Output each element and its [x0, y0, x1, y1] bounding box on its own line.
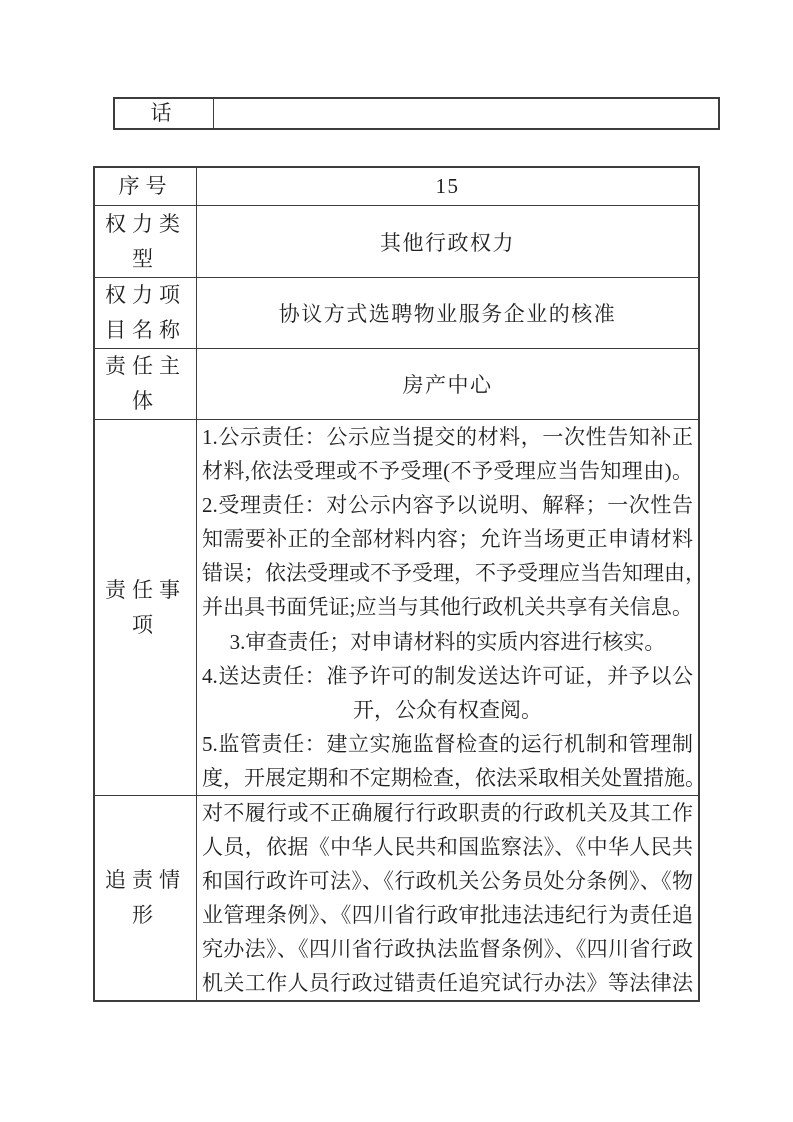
- serial-number-value: 15: [197, 168, 698, 205]
- duty-line: 3.审查责任；对申请材料的实质内容进行核实。: [202, 625, 693, 659]
- duty-line: 1.公示责任：公示应当提交的材料，一次性告知补正: [202, 420, 693, 454]
- serial-number-label-cell: 序号: [95, 168, 197, 205]
- accountability-line: 对不履行或不正确履行行政职责的行政机关及其工作: [202, 796, 693, 830]
- duty-items-label: 责任事项: [103, 573, 189, 643]
- phone-label-cell: 话: [115, 99, 214, 128]
- power-item-name-value: 协议方式选聘物业服务企业的核准: [197, 278, 698, 348]
- row-power-type: 权力类型 其他行政权力: [95, 206, 698, 278]
- phone-label: 话: [121, 96, 207, 131]
- accountability-line: 机关工作人员行政过错责任追究试行办法》等法律法: [202, 966, 693, 1000]
- power-item-name-label-cell: 权力项目名称: [95, 278, 197, 348]
- duty-line: 并出具书面凭证;应当与其他行政机关共享有关信息。: [202, 590, 693, 624]
- serial-number-label: 序号: [103, 169, 189, 204]
- power-type-label: 权力类型: [103, 207, 189, 277]
- responsible-body-value: 房产中心: [197, 349, 698, 419]
- duty-line: 材料,依法受理或不予受理(不予受理应当告知理由)。: [202, 454, 693, 488]
- accountability-content: 对不履行或不正确履行行政职责的行政机关及其工作 人员，依据《中华人民共和国监察法…: [197, 796, 698, 1000]
- duty-line: 2.受理责任：对公示内容予以说明、解释；一次性告: [202, 488, 693, 522]
- power-type-label-cell: 权力类型: [95, 206, 197, 277]
- document-page: 话 序号 15 权力类型 其他行政权力 权力项目名称 协议方式选聘物业服务企业的…: [0, 0, 793, 1122]
- phone-row-table-fragment: 话: [113, 97, 720, 130]
- duty-line: 开，公众有权查阅。: [202, 693, 693, 727]
- duty-line: 5.监管责任：建立实施监督检查的运行机制和管理制: [202, 727, 693, 761]
- power-item-name-label: 权力项目名称: [103, 278, 189, 348]
- duty-items-label-cell: 责任事项: [95, 420, 197, 795]
- responsible-body-label-cell: 责任主体: [95, 349, 197, 419]
- accountability-line: 和国行政许可法》、《行政机关公务员处分条例》、《物: [202, 864, 693, 898]
- duty-table: 序号 15 权力类型 其他行政权力 权力项目名称 协议方式选聘物业服务企业的核准…: [93, 166, 700, 1002]
- accountability-line: 究办法》、《四川省行政执法监督条例》、《四川省行政: [202, 932, 693, 966]
- responsible-body-label: 责任主体: [103, 349, 189, 419]
- power-type-value: 其他行政权力: [197, 206, 698, 277]
- phone-value-cell: [214, 99, 718, 128]
- duty-line: 知需要补正的全部材料内容；允许当场更正申请材料: [202, 522, 693, 556]
- accountability-label: 追责情形: [103, 863, 189, 933]
- row-responsible-body: 责任主体 房产中心: [95, 349, 698, 420]
- duty-line: 度，开展定期和不定期检查，依法采取相关处置措施。: [202, 761, 693, 795]
- row-accountability-situations: 追责情形 对不履行或不正确履行行政职责的行政机关及其工作 人员，依据《中华人民共…: [95, 796, 698, 1000]
- row-serial-number: 序号 15: [95, 168, 698, 206]
- duty-items-content: 1.公示责任：公示应当提交的材料，一次性告知补正 材料,依法受理或不予受理(不予…: [197, 420, 698, 795]
- accountability-line: 业管理条例》、《四川省行政审批违法违纪行为责任追: [202, 898, 693, 932]
- accountability-label-cell: 追责情形: [95, 796, 197, 1000]
- duty-line: 4.送达责任：准予许可的制发送达许可证，并予以公: [202, 659, 693, 693]
- row-power-item-name: 权力项目名称 协议方式选聘物业服务企业的核准: [95, 278, 698, 349]
- duty-line: 错误；依法受理或不予受理，不予受理应当告知理由，: [202, 556, 693, 590]
- accountability-line: 人员，依据《中华人民共和国监察法》、《中华人民共: [202, 830, 693, 864]
- row-duty-items: 责任事项 1.公示责任：公示应当提交的材料，一次性告知补正 材料,依法受理或不予…: [95, 420, 698, 796]
